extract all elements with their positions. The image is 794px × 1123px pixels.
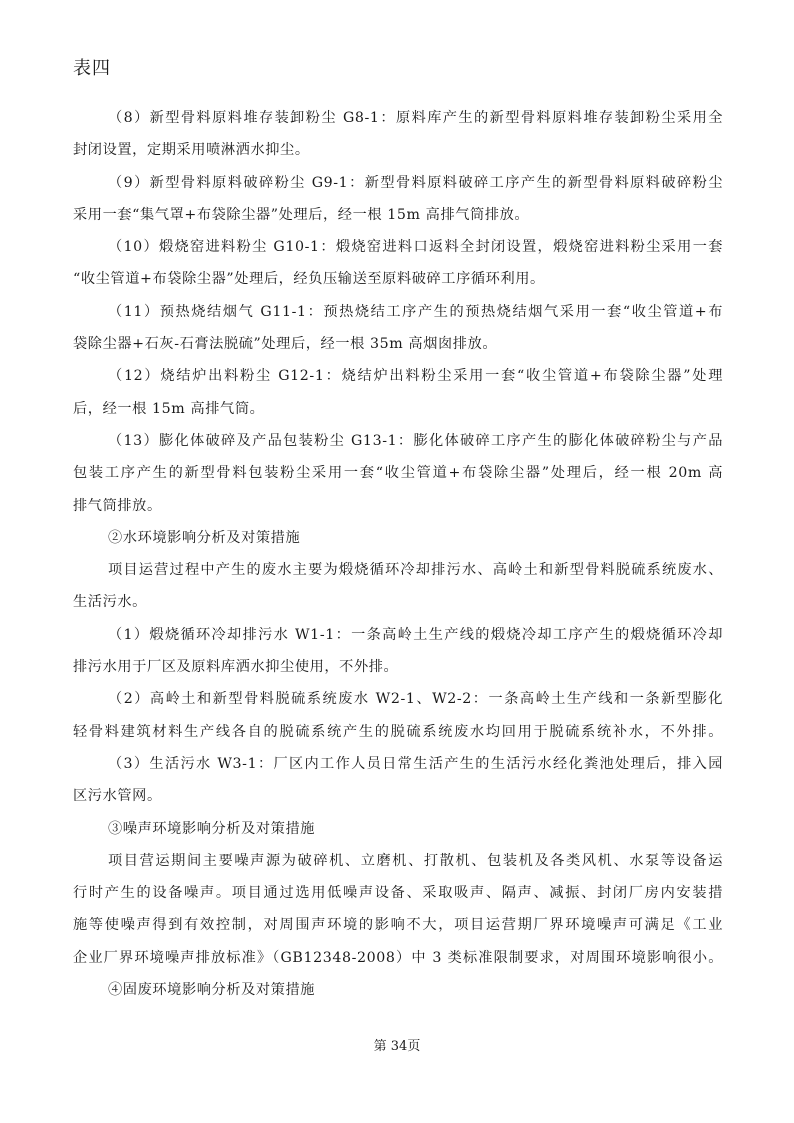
document-body: （8）新型骨料原料堆存装卸粉尘 G8-1：原料库产生的新型骨料原料堆存装卸粉尘采… xyxy=(73,102,723,1006)
paragraph-w1-1: （1）煅烧循环冷却排污水 W1-1：一条高岭土生产线的煅烧冷却工序产生的煅烧循环… xyxy=(73,619,723,684)
paragraph-noise: 项目营运期间主要噪声源为破碎机、立磨机、打散机、包装机及各类风机、水泵等设备运 … xyxy=(73,845,723,974)
text-line: 后，经一根 15m 高排气筒。 xyxy=(73,393,723,425)
text-line: （11）预热烧结烟气 G11-1：预热烧结工序产生的预热烧结烟气采用一套“收尘管… xyxy=(73,296,723,328)
paragraph-w2: （2）高岭土和新型骨料脱硫系统废水 W2-1、W2-2：一条高岭土生产线和一条新… xyxy=(73,683,723,748)
text-line: （9）新型骨料原料破碎粉尘 G9-1：新型骨料原料破碎工序产生的新型骨料原料破碎… xyxy=(73,167,723,199)
text-line: 袋除尘器+石灰-石膏法脱硫”处理后，经一根 35m 高烟囱排放。 xyxy=(73,328,723,360)
text-line: 行时产生的设备噪声。项目通过选用低噪声设备、采取吸声、隔声、减振、封闭厂房内安装… xyxy=(73,877,723,909)
table-label: 表四 xyxy=(73,58,111,80)
text-line: 项目营运期间主要噪声源为破碎机、立磨机、打散机、包装机及各类风机、水泵等设备运 xyxy=(73,845,723,877)
text-line: 项目运营过程中产生的废水主要为煅烧循环冷却排污水、高岭土和新型骨料脱硫系统废水、 xyxy=(73,554,723,586)
text-line: 区污水管网。 xyxy=(73,780,723,812)
text-line: （13）膨化体破碎及产品包装粉尘 G13-1：膨化体破碎工序产生的膨化体破碎粉尘… xyxy=(73,425,723,457)
text-line: 排气筒排放。 xyxy=(73,490,723,522)
document-page: 表四 （8）新型骨料原料堆存装卸粉尘 G8-1：原料库产生的新型骨料原料堆存装卸… xyxy=(0,0,794,1123)
page-number: 第 34页 xyxy=(0,1038,794,1056)
paragraph-g9-1: （9）新型骨料原料破碎粉尘 G9-1：新型骨料原料破碎工序产生的新型骨料原料破碎… xyxy=(73,167,723,232)
text-line: 封闭设置，定期采用喷淋洒水抑尘。 xyxy=(73,134,723,166)
text-line: 排污水用于厂区及原料库洒水抑尘使用，不外排。 xyxy=(73,651,723,683)
paragraph-g11-1: （11）预热烧结烟气 G11-1：预热烧结工序产生的预热烧结烟气采用一套“收尘管… xyxy=(73,296,723,361)
text-line: “收尘管道+布袋除尘器”处理后，经负压输送至原料破碎工序循环利用。 xyxy=(73,263,723,295)
section-heading-solid-waste: ④固废环境影响分析及对策措施 xyxy=(73,974,723,1006)
text-line: （1）煅烧循环冷却排污水 W1-1：一条高岭土生产线的煅烧冷却工序产生的煅烧循环… xyxy=(73,619,723,651)
text-line: （8）新型骨料原料堆存装卸粉尘 G8-1：原料库产生的新型骨料原料堆存装卸粉尘采… xyxy=(73,102,723,134)
paragraph-g13-1: （13）膨化体破碎及产品包装粉尘 G13-1：膨化体破碎工序产生的膨化体破碎粉尘… xyxy=(73,425,723,522)
text-line: 施等使噪声得到有效控制，对周围声环境的影响不大，项目运营期厂界环境噪声可满足《工… xyxy=(73,909,723,941)
text-line: 轻骨料建筑材料生产线各自的脱硫系统产生的脱硫系统废水均回用于脱硫系统补水，不外排… xyxy=(73,716,723,748)
text-line: 企业厂界环境噪声排放标准》（GB12348-2008）中 3 类标准限制要求，对… xyxy=(73,942,723,974)
text-line: 采用一套“集气罩+布袋除尘器”处理后，经一根 15m 高排气筒排放。 xyxy=(73,199,723,231)
section-heading-water: ②水环境影响分析及对策措施 xyxy=(73,522,723,554)
paragraph-g10-1: （10）煅烧窑进料粉尘 G10-1：煅烧窑进料口返料全封闭设置，煅烧窑进料粉尘采… xyxy=(73,231,723,296)
paragraph-water-intro: 项目运营过程中产生的废水主要为煅烧循环冷却排污水、高岭土和新型骨料脱硫系统废水、… xyxy=(73,554,723,619)
section-heading-noise: ③噪声环境影响分析及对策措施 xyxy=(73,813,723,845)
text-line: 包装工序产生的新型骨料包装粉尘采用一套“收尘管道+布袋除尘器”处理后，经一根 2… xyxy=(73,457,723,489)
paragraph-w3-1: （3）生活污水 W3-1：厂区内工作人员日常生活产生的生活污水经化粪池处理后，排… xyxy=(73,748,723,813)
paragraph-g12-1: （12）烧结炉出料粉尘 G12-1：烧结炉出料粉尘采用一套“收尘管道+布袋除尘器… xyxy=(73,360,723,425)
text-line: （3）生活污水 W3-1：厂区内工作人员日常生活产生的生活污水经化粪池处理后，排… xyxy=(73,748,723,780)
text-line: 生活污水。 xyxy=(73,586,723,618)
text-line: （12）烧结炉出料粉尘 G12-1：烧结炉出料粉尘采用一套“收尘管道+布袋除尘器… xyxy=(73,360,723,392)
paragraph-g8-1: （8）新型骨料原料堆存装卸粉尘 G8-1：原料库产生的新型骨料原料堆存装卸粉尘采… xyxy=(73,102,723,167)
text-line: （10）煅烧窑进料粉尘 G10-1：煅烧窑进料口返料全封闭设置，煅烧窑进料粉尘采… xyxy=(73,231,723,263)
text-line: （2）高岭土和新型骨料脱硫系统废水 W2-1、W2-2：一条高岭土生产线和一条新… xyxy=(73,683,723,715)
